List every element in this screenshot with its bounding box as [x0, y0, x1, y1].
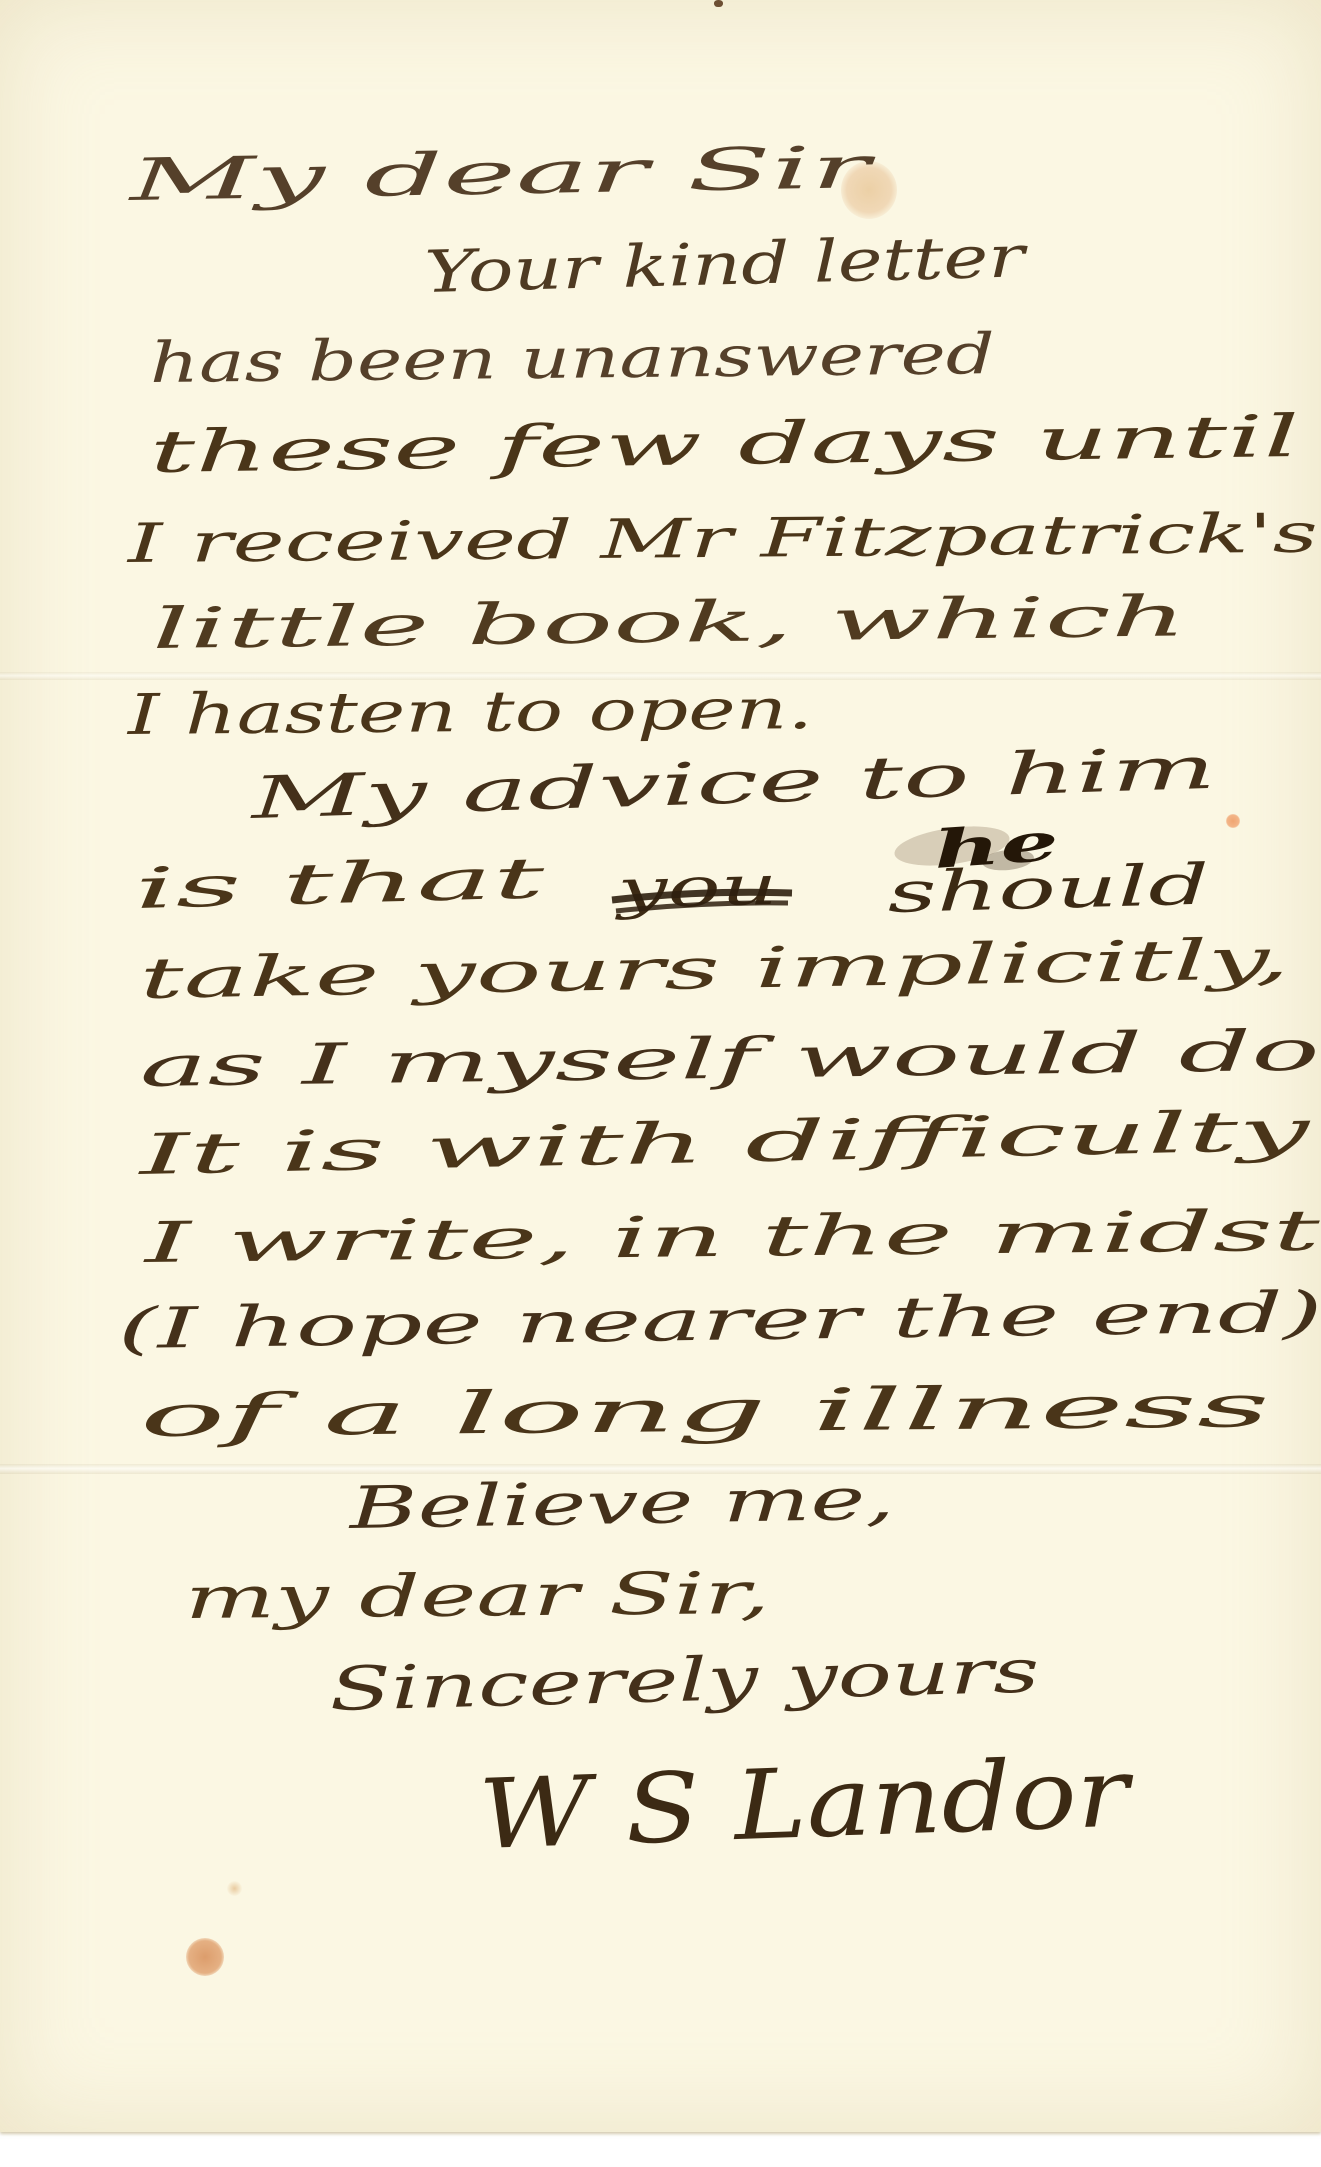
letter-line: take yours implicitly, [139, 927, 1290, 1012]
letter-line-salutation: My dear Sir [127, 133, 877, 214]
letter-line: My advice to him [248, 734, 1217, 832]
letter-line: Your kind letter [424, 222, 1030, 306]
letter-line: of a long illness [140, 1372, 1271, 1450]
letter-line: I received Mr Fitzpatrick's [126, 502, 1318, 575]
letter-line-valediction: Sincerely yours [329, 1636, 1041, 1725]
emendation-before: is that [134, 846, 547, 922]
letter-line: little book, which [151, 584, 1187, 662]
letter-line: has been unanswered [149, 322, 995, 396]
letter-line: these few days until [149, 402, 1300, 486]
letter-line: as I myself would do [139, 1019, 1320, 1100]
letter-line: I write, in the midst [142, 1199, 1321, 1276]
scanned-letter-page: { "document": { "kind": "handwritten let… [0, 0, 1321, 2167]
handwriting-layer: My dear Sir Your kind letter has been un… [0, 0, 1321, 2167]
letter-line-valediction: Believe me, [347, 1464, 895, 1542]
signature: W S Landor [477, 1736, 1136, 1871]
letter-line: (I hope nearer the end) [117, 1280, 1321, 1362]
letter-line: I hasten to open. [126, 677, 813, 748]
letter-line: It is with difficulty [137, 1098, 1313, 1188]
emendation-after: should [887, 853, 1211, 926]
letter-line-valediction: my dear Sir, [185, 1559, 771, 1632]
